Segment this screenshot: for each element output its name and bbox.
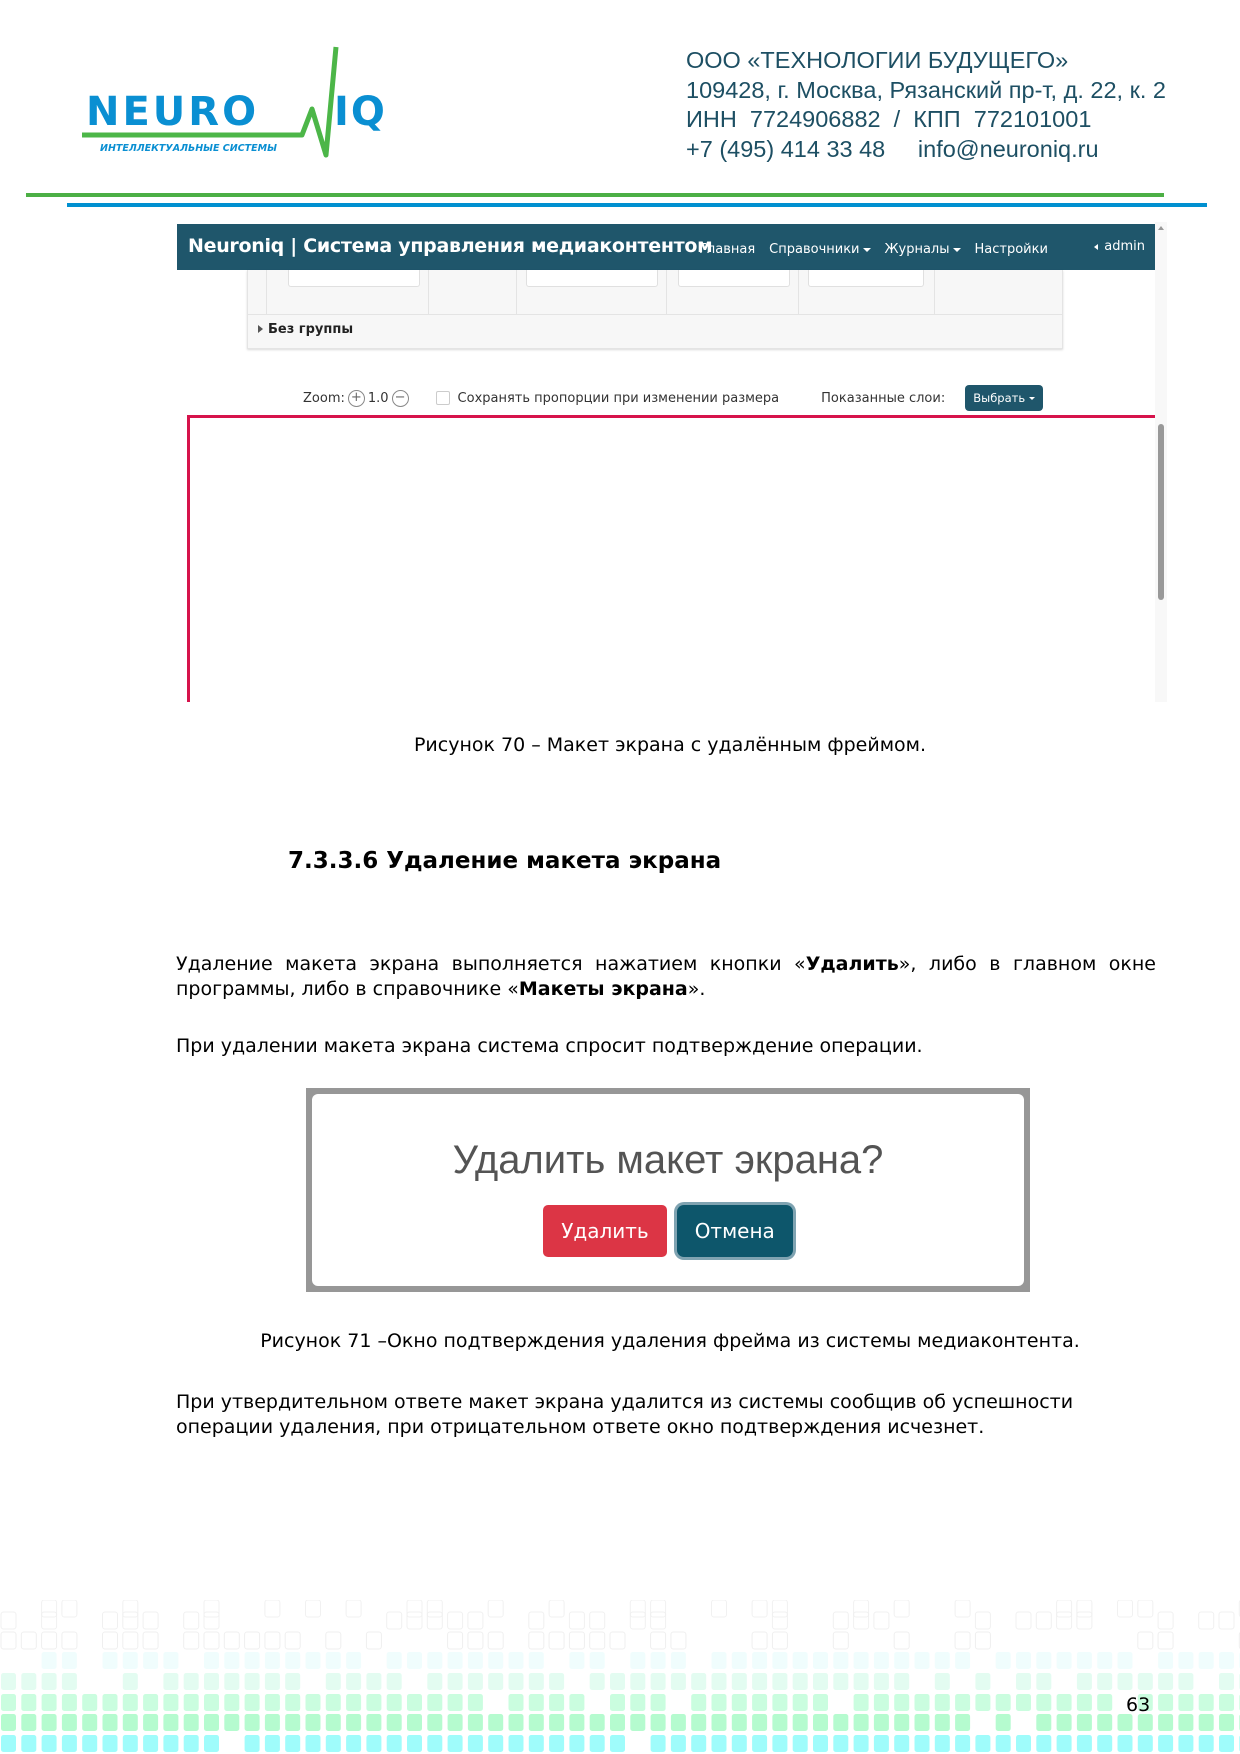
select-layers-button[interactable]: Выбрать [965, 385, 1043, 411]
filter-row [248, 270, 1062, 315]
screenshot-confirm-dialog: Удалить макет экрана? Удалить Отмена [306, 1088, 1030, 1292]
neuroniq-logo: NEURO IQ ИНТЕЛЛЕКТУАЛЬНЫЕ СИСТЕМЫ [80, 45, 410, 165]
figure-70-caption: Рисунок 70 – Макет экрана с удалённым фр… [0, 734, 1240, 756]
scroll-up-icon[interactable] [1158, 226, 1164, 230]
caret-down-icon [863, 248, 871, 252]
filter-panel: Без группы [247, 270, 1063, 349]
delete-button[interactable]: Удалить [543, 1205, 667, 1257]
company-details: ООО «ТЕХНОЛОГИИ БУДУЩЕГО»109428, г. Моск… [686, 46, 1166, 164]
dialog-title: Удалить макет экрана? [312, 1138, 1024, 1183]
user-menu[interactable]: admin [1094, 239, 1145, 254]
filter-input[interactable] [808, 270, 924, 287]
figure-71-caption: Рисунок 71 –Окно подтверждения удаления … [0, 1330, 1240, 1352]
paragraph-confirmation: При удалении макета экрана система спрос… [176, 1034, 1156, 1059]
nav-journals[interactable]: Журналы [885, 242, 961, 257]
filter-input[interactable] [288, 270, 420, 287]
nav-references[interactable]: Справочники [769, 242, 870, 257]
filter-input[interactable] [526, 270, 658, 287]
user-name: admin [1104, 239, 1145, 254]
layers-label: Показанные слои: [821, 391, 945, 406]
footer-decorative-pattern [0, 1600, 1240, 1754]
company-contacts: +7 (495) 414 33 48 info@neuroniq.ru [686, 135, 1166, 165]
group-toggle[interactable]: Без группы [258, 322, 353, 337]
confirm-dialog: Удалить макет экрана? Удалить Отмена [312, 1094, 1024, 1286]
cancel-button[interactable]: Отмена [677, 1205, 793, 1257]
zoom-out-icon[interactable]: − [392, 390, 409, 407]
nav-settings[interactable]: Настройки [975, 242, 1048, 257]
logo-tagline: ИНТЕЛЛЕКТУАЛЬНЫЕ СИСТЕМЫ [100, 143, 277, 154]
nav-menu: Главная Справочники Журналы Настройки [699, 242, 1048, 257]
zoom-value: 1.0 [368, 391, 389, 406]
section-title: 7.3.3.6 Удаление макета экрана [288, 848, 721, 874]
header-rule-blue [67, 203, 1207, 207]
keep-ratio-checkbox[interactable] [436, 391, 450, 405]
paragraph-delete-instructions: Удаление макета экрана выполняется нажат… [176, 952, 1156, 1002]
app-brand[interactable]: Neuroniq | Система управления медиаконте… [188, 235, 712, 257]
company-address: 109428, г. Москва, Рязанский пр-т, д. 22… [686, 76, 1166, 106]
page-number: 63 [1126, 1694, 1150, 1716]
caret-left-icon [1094, 244, 1098, 250]
layout-canvas[interactable] [187, 415, 1158, 702]
zoom-in-icon[interactable]: + [348, 390, 365, 407]
zoom-label: Zoom: [303, 391, 345, 406]
screenshot-layout-editor: Neuroniq | Система управления медиаконте… [177, 222, 1167, 702]
scrollbar-thumb[interactable] [1158, 424, 1164, 600]
company-name: ООО «ТЕХНОЛОГИИ БУДУЩЕГО» [686, 46, 1166, 76]
dialog-actions: Удалить Отмена [312, 1205, 1024, 1257]
caret-down-icon [1029, 397, 1035, 400]
header-rule-green [26, 193, 1164, 197]
layout-toolbar: Zoom: + 1.0 − Сохранять пропорции при из… [303, 384, 1043, 412]
keep-ratio-label: Сохранять пропорции при изменении размер… [458, 391, 780, 406]
paragraph-result: При утвердительном ответе макет экрана у… [176, 1390, 1136, 1440]
app-navbar: Neuroniq | Система управления медиаконте… [177, 224, 1155, 270]
scrollbar[interactable] [1155, 222, 1167, 702]
filter-input[interactable] [678, 270, 790, 287]
svg-text:IQ: IQ [334, 89, 387, 135]
caret-down-icon [953, 248, 961, 252]
logo-wordmark: NEURO [86, 89, 259, 135]
company-tax-ids: ИНН 7724906882 / КПП 772101001 [686, 105, 1166, 135]
expand-icon [258, 325, 263, 333]
nav-home[interactable]: Главная [699, 242, 755, 257]
